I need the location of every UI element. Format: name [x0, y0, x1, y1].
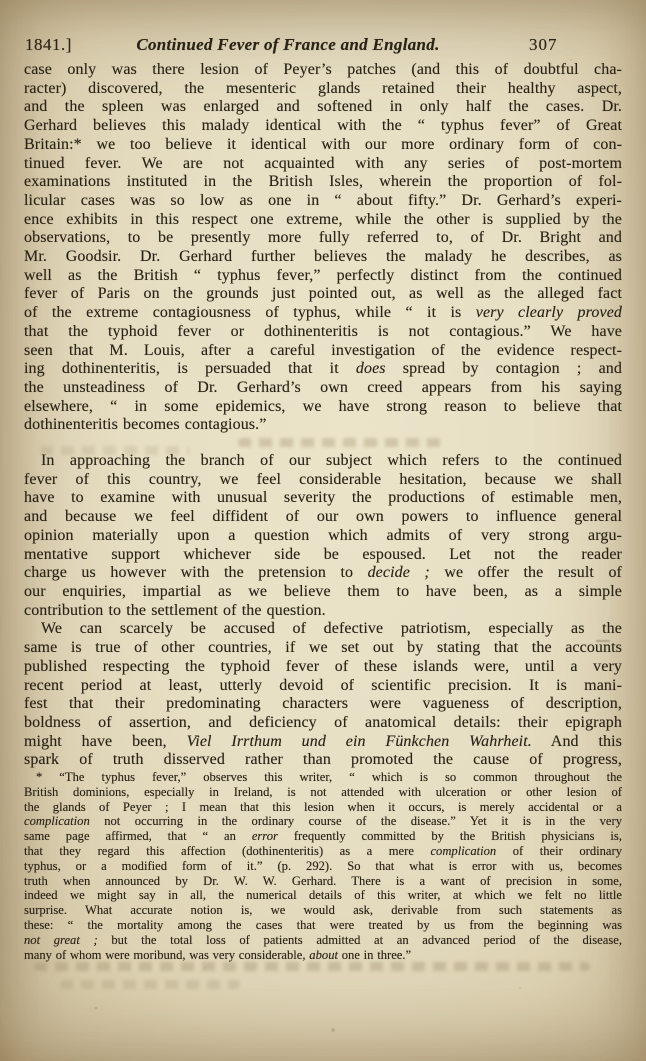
text-segment: examinations instituted in the British I…: [24, 173, 622, 190]
text-segment: elsewhere, “ in some epidemics, we have …: [24, 398, 622, 415]
text-line: boldness of assertion, and deficiency of…: [24, 714, 622, 733]
text-segment: the unsteadiness of Dr. Gerhard’s own cr…: [24, 379, 622, 396]
paragraph: We can scarcely be accused of defective …: [24, 620, 622, 770]
text-segment: charge us however with the pretension to: [24, 564, 368, 581]
text-line: complication not occurring in the ordina…: [24, 814, 622, 829]
text-line: that they regard this affection (dothine…: [24, 844, 622, 859]
text-segment: many of whom were moribund, was very con…: [24, 948, 309, 962]
text-segment: have to examine with unusual severity th…: [24, 489, 622, 506]
bleed-through-ghost: [34, 962, 590, 971]
italic-text-segment: complication: [430, 844, 496, 858]
text-segment: seen that M. Louis, after a careful inve…: [24, 342, 622, 359]
body-text: case only was there lesion of Peyer’s pa…: [24, 61, 622, 770]
text-segment: and because we feel diffident of our own…: [24, 508, 622, 525]
text-segment: that they regard this affection (dothine…: [24, 844, 430, 858]
text-line: observations, to be presently more fully…: [24, 229, 622, 248]
paragraph: * “The typhus fever,” observes this writ…: [24, 770, 622, 962]
text-segment: not occurring in the ordinary course of …: [90, 814, 622, 828]
text-segment: the glands of Peyer ; I mean that this l…: [24, 800, 622, 814]
text-line: surprise. What accurate notion is, we wo…: [24, 903, 622, 918]
text-line: Gerhard believes this malady identical w…: [24, 117, 622, 136]
text-segment: In approaching the branch of our subject…: [41, 452, 622, 469]
text-segment: opinion materially upon a question which…: [24, 527, 622, 544]
text-line: mentative support whichever side be espo…: [24, 546, 622, 565]
text-segment: might have been,: [24, 733, 187, 750]
text-segment: typhus, or a modified form of it.” (p. 2…: [24, 859, 622, 873]
text-segment: same page affirmed, that “ an: [24, 829, 252, 843]
text-segment: case only was there lesion of Peyer’s pa…: [24, 61, 622, 78]
text-line: and because we feel diffident of our own…: [24, 508, 622, 527]
text-line: recent period at least, utterly devoid o…: [24, 677, 622, 696]
page-header: 1841.] Continued Fever of France and Eng…: [0, 35, 646, 59]
text-line: We can scarcely be accused of defective …: [24, 620, 622, 639]
text-line: typhus, or a modified form of it.” (p. 2…: [24, 859, 622, 874]
text-line: racter) discovered, the mesenteric gland…: [24, 80, 622, 99]
text-segment: licular cases was so low as one in “ abo…: [24, 192, 622, 209]
text-line: of the extreme contagiousness of typhus,…: [24, 304, 622, 323]
text-line: indeed we might say in all, the numerica…: [24, 888, 622, 903]
text-line: In approaching the branch of our subject…: [24, 452, 622, 471]
text-line: and the spleen was enlarged and softened…: [24, 98, 622, 117]
text-segment: and the spleen was enlarged and softened…: [24, 98, 622, 115]
text-line: ence exhibits in this respect one extrem…: [24, 211, 622, 230]
text-line: elsewhere, “ in some epidemics, we have …: [24, 398, 622, 417]
text-line: fest that their predominating characters…: [24, 695, 622, 714]
text-line: opinion materially upon a question which…: [24, 527, 622, 546]
scanned-book-page: 1841.] Continued Fever of France and Eng…: [0, 0, 646, 1061]
text-line: well as the British “ typhus fever,” per…: [24, 267, 622, 286]
text-segment: recent period at least, utterly devoid o…: [24, 677, 622, 694]
paragraph: In approaching the branch of our subject…: [24, 452, 622, 620]
text-segment: same is true of other countries, if we s…: [24, 639, 622, 656]
text-segment: ing dothinenteritis, is persuaded that i…: [24, 360, 356, 377]
text-line: licular cases was so low as one in “ abo…: [24, 192, 622, 211]
text-line: fever of Paris on the grounds just point…: [24, 285, 622, 304]
text-segment: spread by contagion ; and: [386, 360, 622, 377]
italic-text-segment: error: [252, 829, 278, 843]
text-segment: tinued fever. We are not acquainted with…: [24, 155, 622, 172]
text-line: Britain:* we too believe it identical wi…: [24, 136, 622, 155]
text-line: tinued fever. We are not acquainted with…: [24, 155, 622, 174]
text-segment: And this: [532, 733, 622, 750]
text-segment: that the typhoid fever or dothinenteriti…: [24, 323, 622, 340]
text-line: many of whom were moribund, was very con…: [24, 948, 622, 963]
text-segment: truth when announced by Dr. W. W. Gerhar…: [24, 874, 622, 888]
header-page-number: 307: [529, 35, 558, 55]
italic-text-segment: does: [356, 360, 386, 377]
text-line: that the typhoid fever or dothinenteriti…: [24, 323, 622, 342]
text-line: British dominions, especially in Ireland…: [24, 785, 622, 800]
text-line: charge us however with the pretension to…: [24, 564, 622, 583]
text-line: fever of this country, we feel considera…: [24, 471, 622, 490]
text-segment: surprise. What accurate notion is, we wo…: [24, 903, 622, 917]
text-line: published respecting the typhoid fever o…: [24, 658, 622, 677]
text-segment: observations, to be presently more fully…: [24, 229, 622, 246]
text-segment: well as the British “ typhus fever,” per…: [24, 267, 622, 284]
text-line: not great ; but the total loss of patien…: [24, 933, 622, 948]
text-segment: mentative support whichever side be espo…: [24, 546, 622, 563]
text-segment: boldness of assertion, and deficiency of…: [24, 714, 622, 731]
text-line: seen that M. Louis, after a careful inve…: [24, 342, 622, 361]
text-line: Mr. Goodsir. Dr. Gerhard further believe…: [24, 248, 622, 267]
text-line: have to examine with unusual severity th…: [24, 489, 622, 508]
italic-text-segment: about: [309, 948, 338, 962]
text-segment: of their ordinary: [496, 844, 622, 858]
italic-text-segment: not great ;: [24, 933, 98, 947]
text-line: same page affirmed, that “ an error freq…: [24, 829, 622, 844]
text-line: examinations instituted in the British I…: [24, 173, 622, 192]
header-running-title: Continued Fever of France and England.: [118, 35, 458, 55]
text-line: our enquiries, impartial as we believe t…: [24, 583, 622, 602]
text-segment: Gerhard believes this malady identical w…: [24, 117, 622, 134]
text-segment: racter) discovered, the mesenteric gland…: [24, 80, 622, 97]
italic-text-segment: decide ;: [368, 564, 430, 581]
text-segment: contribution to the settlement of the qu…: [24, 602, 326, 619]
bleed-through-ghost: [60, 980, 240, 989]
text-segment: indeed we might say in all, the numerica…: [24, 888, 622, 902]
text-segment: dothinenteritis becomes contagious.”: [24, 416, 266, 433]
text-line: case only was there lesion of Peyer’s pa…: [24, 61, 622, 80]
text-segment: but the total loss of patients admitted …: [98, 933, 622, 947]
text-line: contribution to the settlement of the qu…: [24, 602, 622, 621]
text-segment: fever of this country, we feel considera…: [24, 471, 622, 488]
text-segment: we offer the result of: [430, 564, 622, 581]
text-segment: published respecting the typhoid fever o…: [24, 658, 622, 675]
italic-text-segment: very clearly proved: [476, 304, 622, 321]
text-line: dothinenteritis becomes contagious.”: [24, 416, 622, 435]
text-segment: one in three.”: [338, 948, 411, 962]
text-segment: * “The typhus fever,” observes this writ…: [36, 770, 622, 784]
italic-text-segment: complication: [24, 814, 90, 828]
text-segment: British dominions, especially in Ireland…: [24, 785, 622, 799]
text-line: spark of truth disserved rather than pro…: [24, 751, 622, 770]
header-year: 1841.]: [25, 35, 72, 55]
text-segment: of the extreme contagiousness of typhus,…: [24, 304, 476, 321]
text-line: the unsteadiness of Dr. Gerhard’s own cr…: [24, 379, 622, 398]
paragraph: case only was there lesion of Peyer’s pa…: [24, 61, 622, 435]
text-line: truth when announced by Dr. W. W. Gerhar…: [24, 874, 622, 889]
text-line: * “The typhus fever,” observes this writ…: [24, 770, 622, 785]
text-line: the glands of Peyer ; I mean that this l…: [24, 800, 622, 815]
text-segment: We can scarcely be accused of defective …: [41, 620, 622, 637]
text-segment: frequently committed by the British phys…: [278, 829, 622, 843]
text-segment: Britain:* we too believe it identical wi…: [24, 136, 622, 153]
text-segment: ence exhibits in this respect one extrem…: [24, 211, 622, 228]
text-segment: spark of truth disserved rather than pro…: [24, 751, 622, 768]
text-segment: our enquiries, impartial as we believe t…: [24, 583, 622, 600]
text-line: ing dothinenteritis, is persuaded that i…: [24, 360, 622, 379]
text-segment: fever of Paris on the grounds just point…: [24, 285, 622, 302]
footnote: * “The typhus fever,” observes this writ…: [24, 770, 622, 962]
text-line: same is true of other countries, if we s…: [24, 639, 622, 658]
italic-text-segment: Viel Irrthum und ein Fünkchen Wahrheit.: [187, 733, 532, 750]
text-segment: fest that their predominating characters…: [24, 695, 622, 712]
text-line: these: “ the mortality among the cases t…: [24, 918, 622, 933]
text-line: might have been, Viel Irrthum und ein Fü…: [24, 733, 622, 752]
text-segment: Mr. Goodsir. Dr. Gerhard further believe…: [24, 248, 622, 265]
text-segment: these: “ the mortality among the cases t…: [24, 918, 622, 932]
